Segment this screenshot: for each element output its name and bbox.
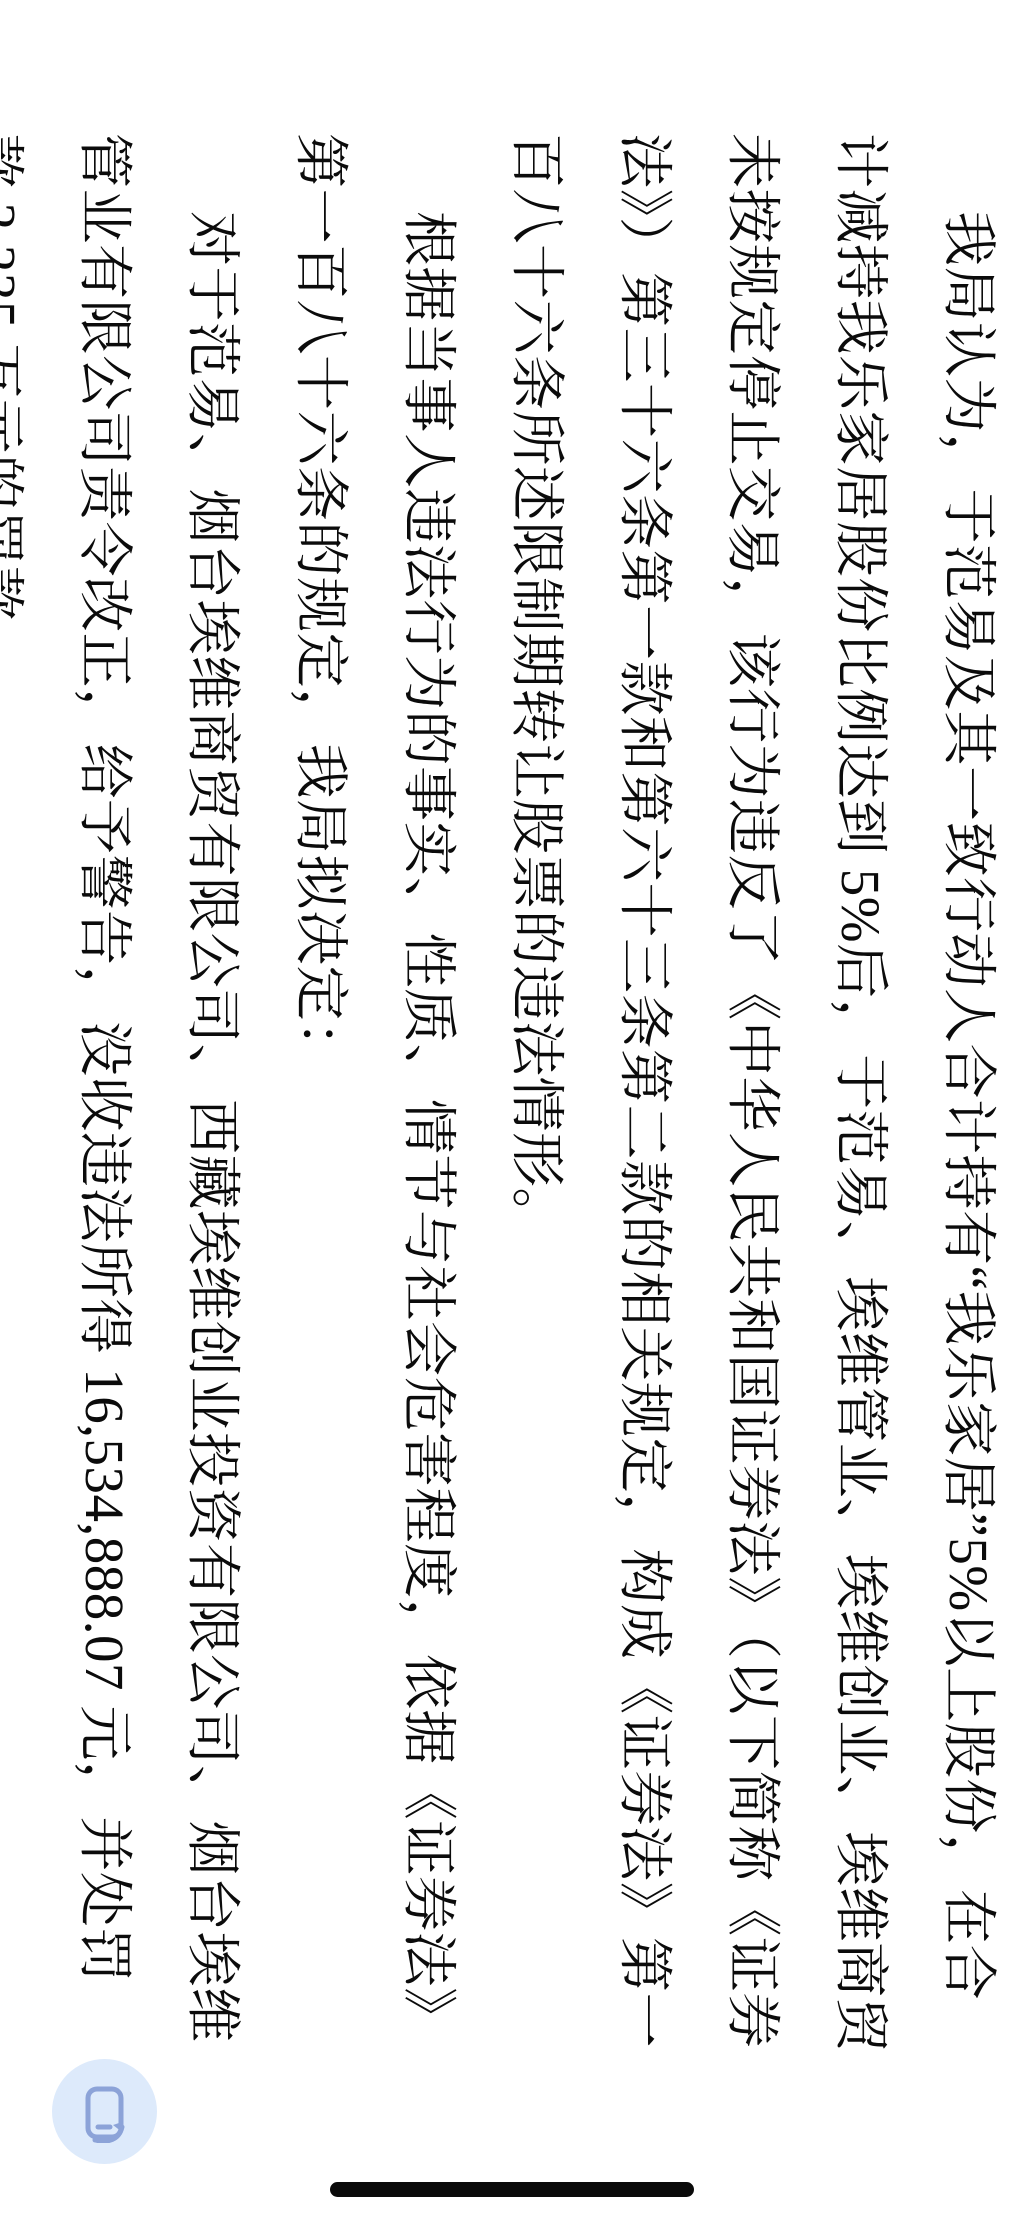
document-text-line: 法》）第三十六条第一款和第六十三条第二款的相关规定，构成《证券法》第一	[590, 133, 698, 2217]
document-text-line: 百八十六条所述限制期转让股票的违法情形。	[482, 133, 590, 2217]
document-text-line: 计减持我乐家居股份比例达到 5%后，于范易、埃维管业、埃维创业、埃维商贸	[806, 133, 914, 2217]
document-text-line: 第一百八十六条的规定，我局拟决定：	[266, 133, 374, 2217]
phone-screen: 我局认为，于范易及其一致行动人合计持有“我乐家居”5%以上股份，在合计减持我乐家…	[0, 0, 1024, 2217]
document-text-line: 对于范易、烟台埃维商贸有限公司、西藏埃维创业投资有限公司、烟台埃维	[158, 133, 266, 2217]
document-page: 我局认为，于范易及其一致行动人合计持有“我乐家居”5%以上股份，在合计减持我乐家…	[0, 0, 1024, 2217]
document-text-line: 根据当事人违法行为的事实、性质、情节与社会危害程度，依据《证券法》	[374, 133, 482, 2217]
document-text-line: 款 2,235 万元的罚款。	[0, 133, 50, 2217]
home-indicator[interactable]	[330, 2182, 694, 2197]
document-text-line: 我局认为，于范易及其一致行动人合计持有“我乐家居”5%以上股份，在合	[914, 133, 1022, 2217]
document-text-line: 管业有限公司责令改正，给予警告，没收违法所得 16,534,888.07 元，并…	[50, 133, 158, 2217]
document-text-line: 未按规定停止交易，该行为违反了《中华人民共和国证券法》（以下简称《证券	[698, 133, 806, 2217]
rotate-screen-icon	[74, 2081, 136, 2143]
document-text: 我局认为，于范易及其一致行动人合计持有“我乐家居”5%以上股份，在合计减持我乐家…	[0, 133, 1022, 2217]
rotate-screen-button[interactable]	[52, 2059, 157, 2164]
